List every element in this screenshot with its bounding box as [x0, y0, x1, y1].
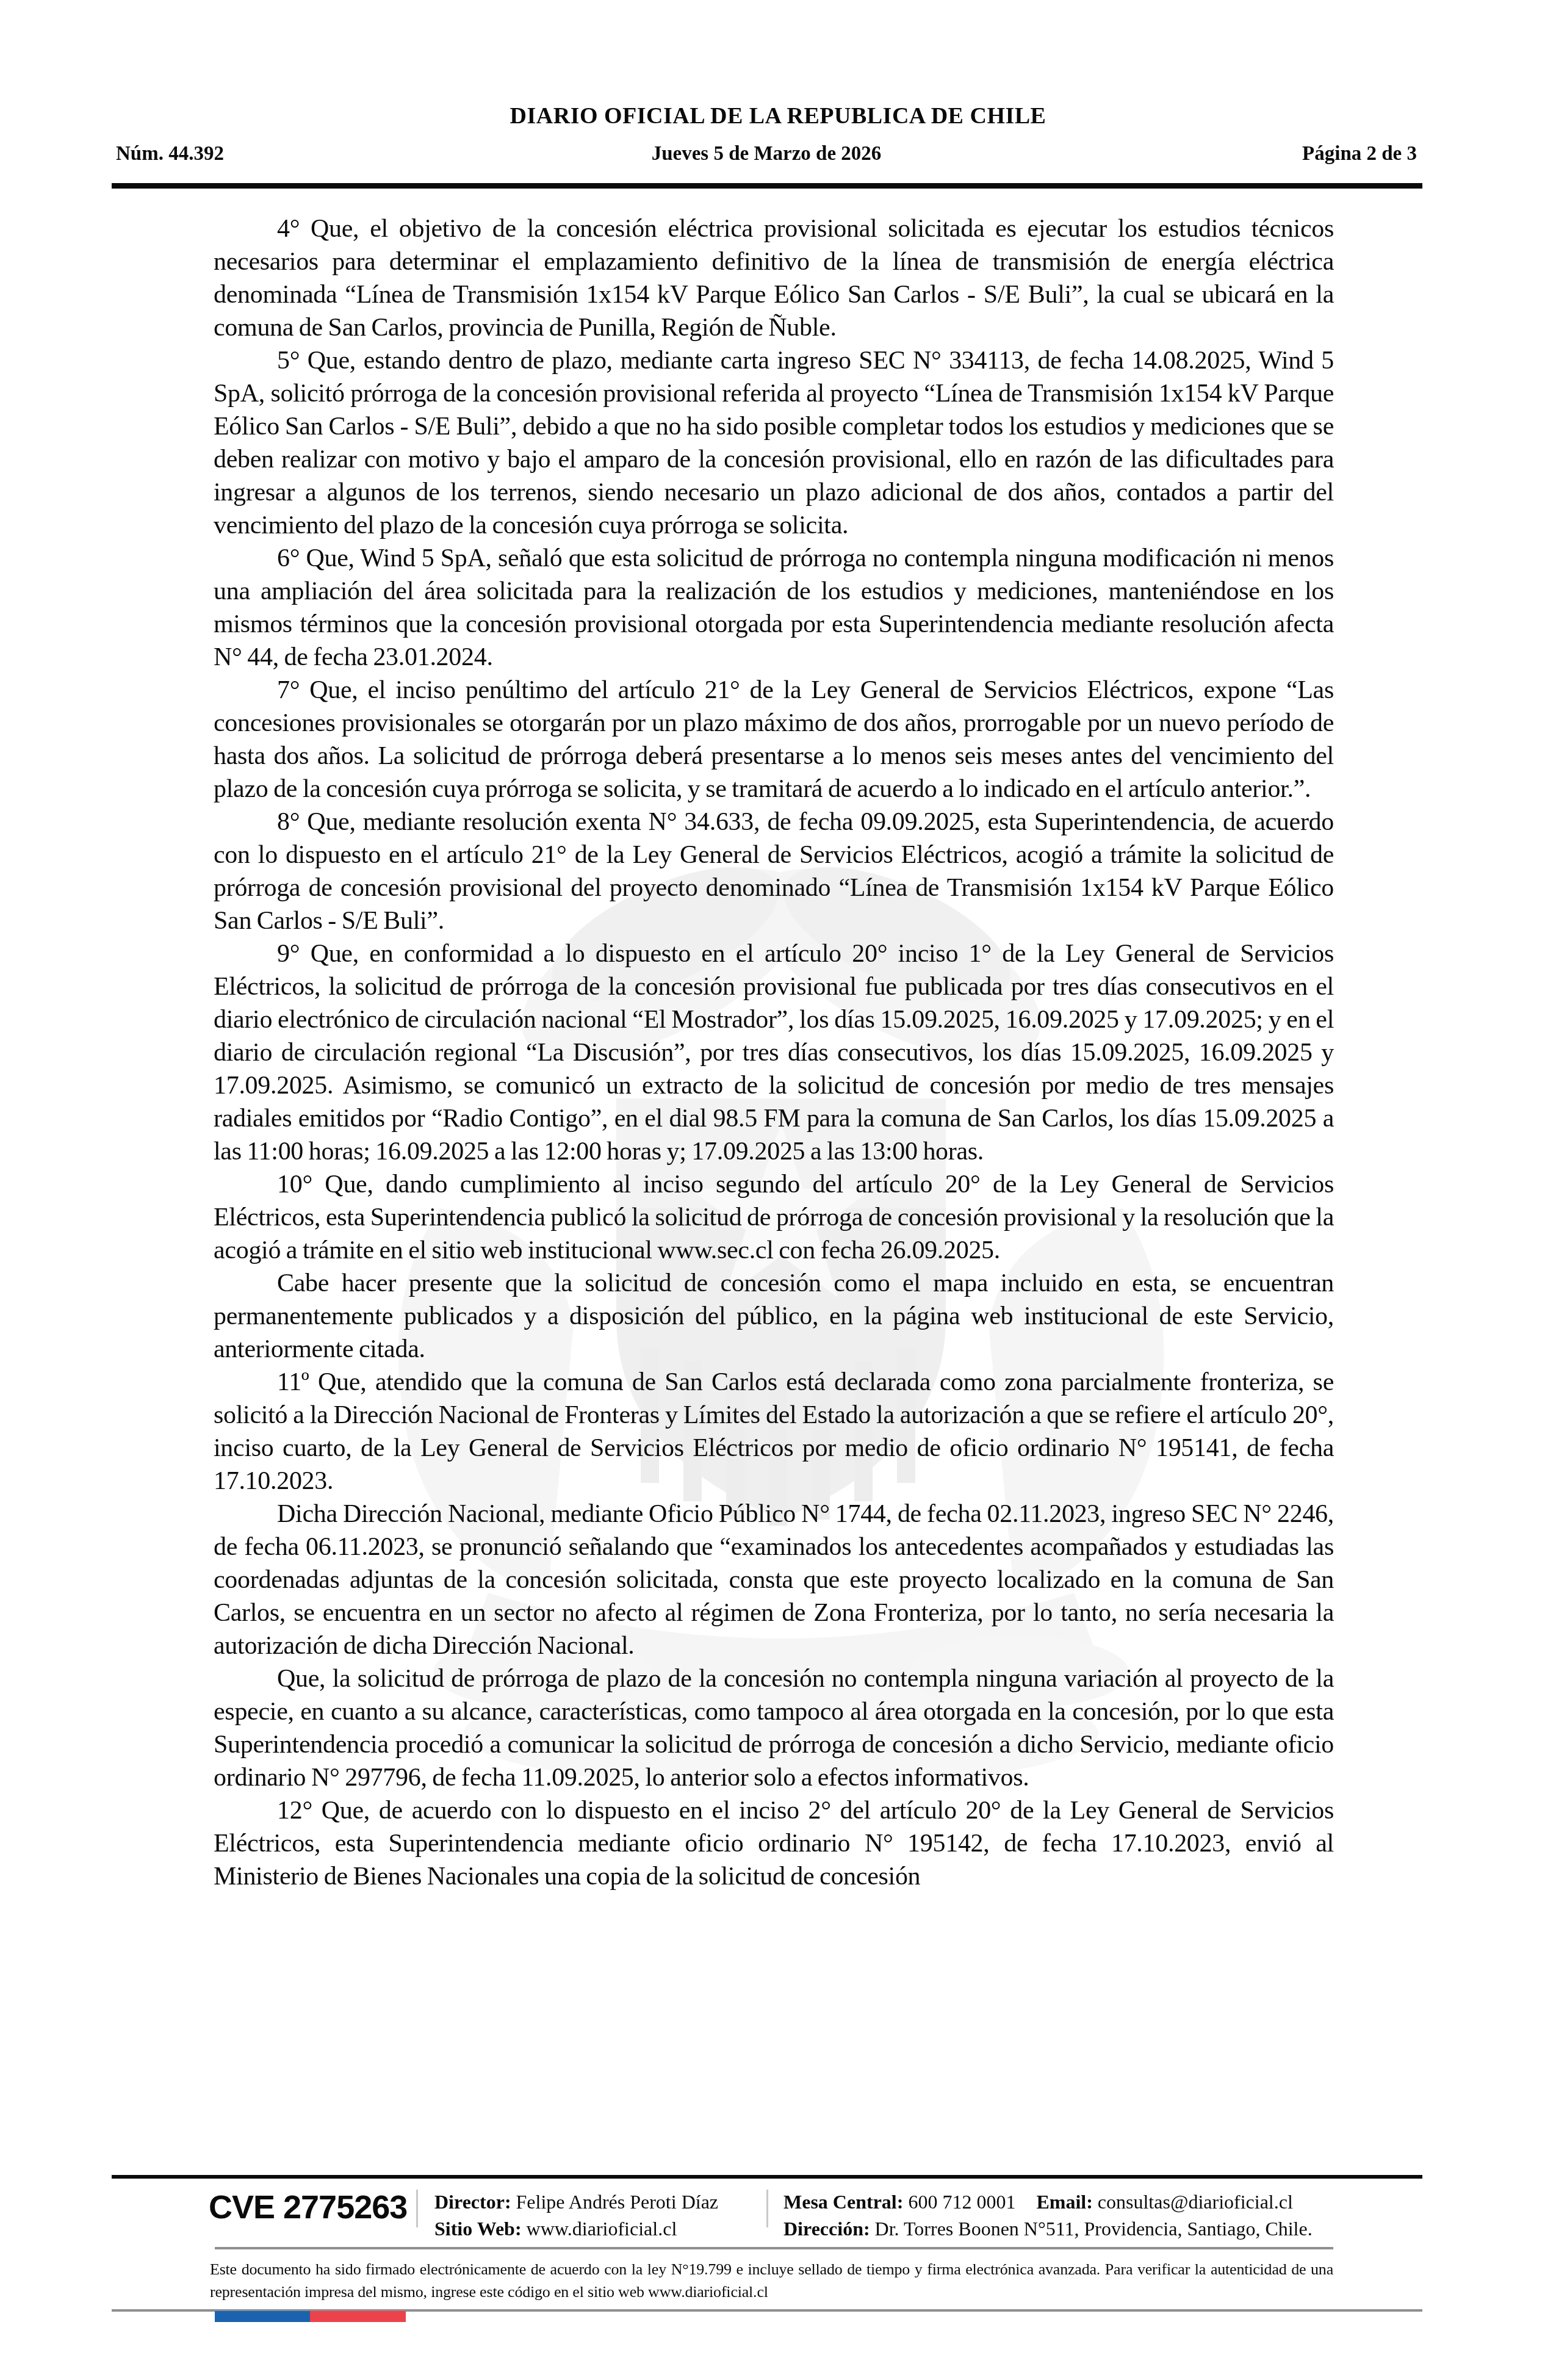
chile-flag-red-bar — [310, 2311, 406, 2322]
paragraph: 12° Que, de acuerdo con lo dispuesto en … — [214, 1794, 1334, 1893]
paragraph: Cabe hacer presente que la solicitud de … — [214, 1267, 1334, 1366]
cve-code: CVE 2775263 — [209, 2188, 407, 2226]
email-label: Email: — [1036, 2191, 1092, 2213]
paragraph: Que, la solicitud de prórroga de plazo d… — [214, 1662, 1334, 1794]
footer-top-rule — [112, 2175, 1422, 2179]
issue-date: Jueves 5 de Marzo de 2026 — [652, 143, 882, 165]
header-meta-row: Núm. 44.392 Jueves 5 de Marzo de 2026 Pá… — [116, 143, 1417, 165]
director-label: Director: — [434, 2191, 511, 2213]
paragraph: 5° Que, estando dentro de plazo, mediant… — [214, 344, 1334, 542]
footer-director-column: Director: Felipe Andrés Peroti Díaz Siti… — [434, 2188, 718, 2242]
mesa-central-value: 600 712 0001 — [908, 2191, 1015, 2213]
chile-flag-blue-bar — [215, 2311, 310, 2322]
header-rule — [112, 183, 1422, 189]
mesa-central-label: Mesa Central: — [783, 2191, 903, 2213]
director-value: Felipe Andrés Peroti Díaz — [516, 2191, 718, 2213]
body-text: 4° Que, el objetivo de la concesión eléc… — [214, 212, 1334, 1893]
paragraph: 6° Que, Wind 5 SpA, señaló que esta soli… — [214, 542, 1334, 674]
legal-top-rule — [215, 2247, 1333, 2249]
paragraph: 8° Que, mediante resolución exenta N° 34… — [214, 806, 1334, 937]
paragraph: 10° Que, dando cumplimiento al inciso se… — [214, 1168, 1334, 1267]
direccion-value: Dr. Torres Boonen N°511, Providencia, Sa… — [875, 2218, 1313, 2240]
footer-divider-1 — [416, 2190, 418, 2227]
paragraph: 11º Que, atendido que la comuna de San C… — [214, 1366, 1334, 1498]
issue-number: Núm. 44.392 — [116, 143, 652, 165]
masthead-title: DIARIO OFICIAL DE LA REPUBLICA DE CHILE — [0, 103, 1556, 129]
director-line: Director: Felipe Andrés Peroti Díaz — [434, 2188, 718, 2215]
legal-notice: Este documento ha sido firmado electróni… — [210, 2258, 1333, 2303]
paragraph: 4° Que, el objetivo de la concesión eléc… — [214, 212, 1334, 344]
footer-contact-column: Mesa Central: 600 712 0001Email: consult… — [783, 2188, 1313, 2242]
paragraph: 9° Que, en conformidad a lo dispuesto en… — [214, 937, 1334, 1168]
paragraph: Dicha Dirección Nacional, mediante Ofici… — [214, 1498, 1334, 1662]
sitio-web-label: Sitio Web: — [434, 2218, 522, 2240]
sitio-web-line: Sitio Web: www.diarioficial.cl — [434, 2215, 718, 2242]
email-value: consultas@diarioficial.cl — [1098, 2191, 1293, 2213]
sitio-web-value: www.diarioficial.cl — [527, 2218, 677, 2240]
document-page: DIARIO OFICIAL DE LA REPUBLICA DE CHILE … — [0, 0, 1556, 2380]
direccion-line: Dirección: Dr. Torres Boonen N°511, Prov… — [783, 2215, 1313, 2242]
mesa-central-line: Mesa Central: 600 712 0001Email: consult… — [783, 2188, 1313, 2215]
direccion-label: Dirección: — [783, 2218, 870, 2240]
footer-divider-2 — [766, 2190, 768, 2227]
page-indicator: Página 2 de 3 — [881, 143, 1417, 165]
paragraph: 7° Que, el inciso penúltimo del artículo… — [214, 674, 1334, 806]
